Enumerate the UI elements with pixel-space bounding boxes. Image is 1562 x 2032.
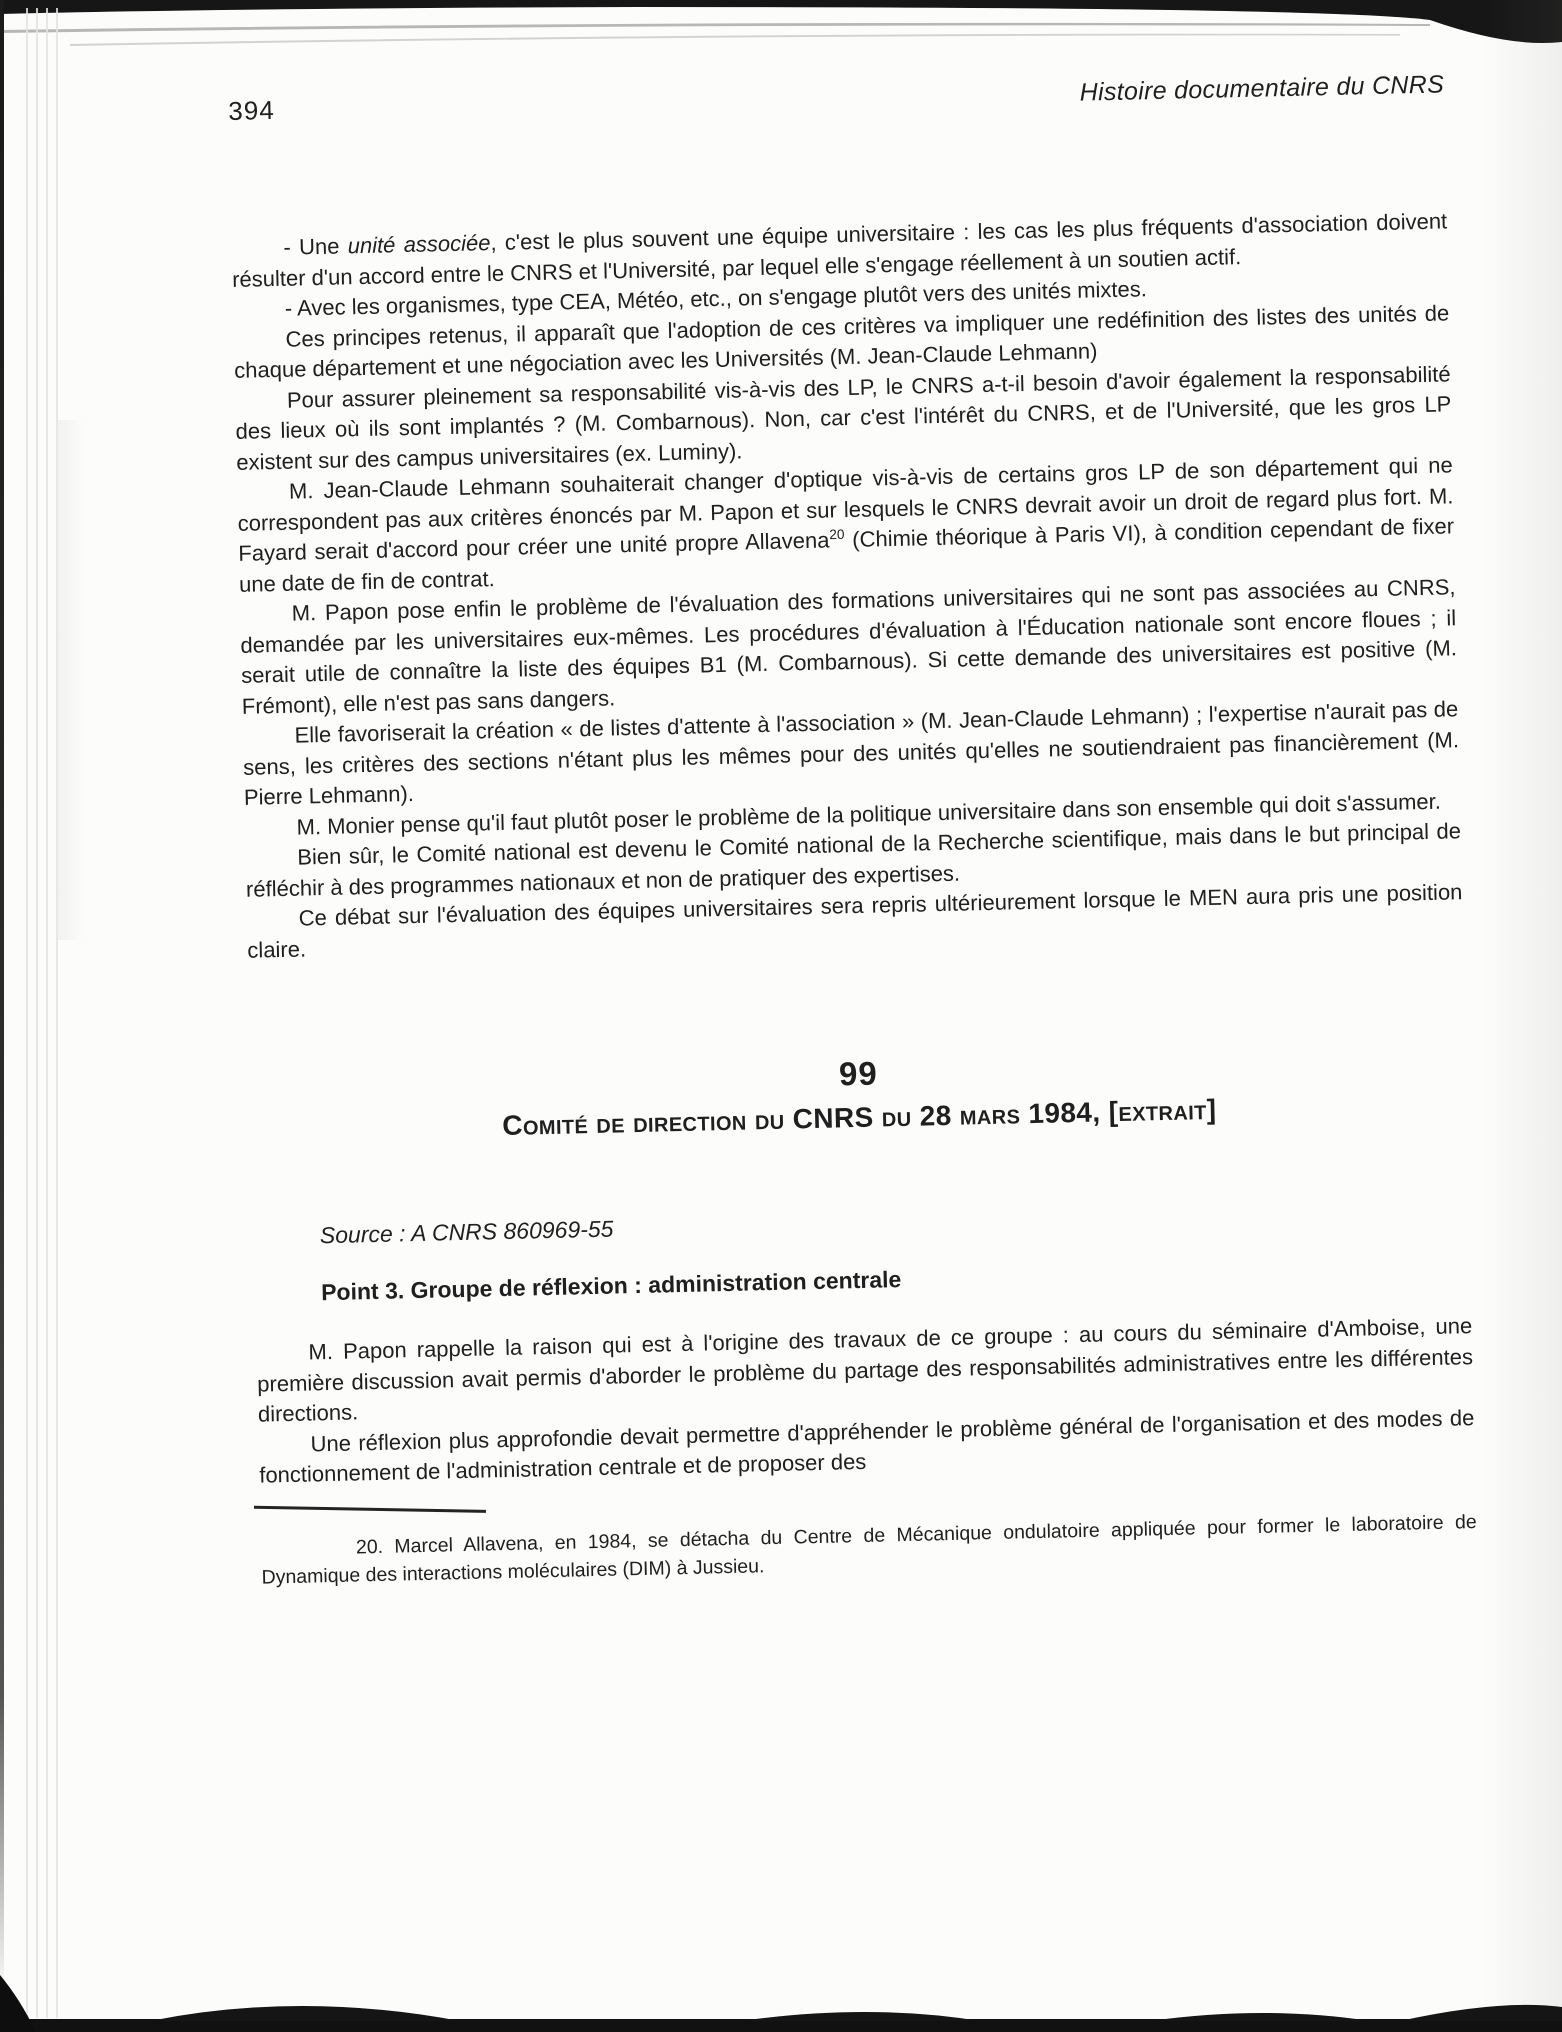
footnote-rule — [254, 1505, 486, 1512]
section-paragraphs: M. Papon rappelle la raison qui est à l'… — [256, 1311, 1475, 1491]
scan-edge-bottom — [0, 1937, 1562, 2032]
section-heading: Point 3. Groupe de réflexion : administr… — [321, 1251, 1471, 1307]
document-heading: 99 Comité de direction du CNRS du 28 mar… — [250, 1040, 1468, 1150]
scanned-book-page: 394 Histoire documentaire du CNRS - Une … — [0, 0, 1562, 2032]
scan-page-edges-left — [26, 8, 60, 2018]
body-paragraphs: - Une unité associée, c'est le plus souv… — [231, 206, 1463, 965]
scan-edge-right — [1482, 0, 1562, 2032]
source-line: Source : A CNRS 860969-55 — [320, 1194, 1470, 1250]
footnote-number: 20. — [356, 1535, 384, 1558]
page-number: 394 — [228, 95, 275, 127]
footnote-text: Marcel Allavena, en 1984, se détacha du … — [261, 1511, 1477, 1589]
running-title: Histoire documentaire du CNRS — [1079, 70, 1444, 107]
footnote: 20. Marcel Allavena, en 1984, se détacha… — [261, 1508, 1478, 1592]
scan-edge-top — [0, 0, 1562, 70]
scan-page-curve — [58, 420, 84, 940]
page-header: 394 Histoire documentaire du CNRS — [228, 68, 1444, 130]
page-content: 394 Histoire documentaire du CNRS - Une … — [228, 68, 1478, 1610]
scan-edge-left — [0, 0, 4, 1995]
